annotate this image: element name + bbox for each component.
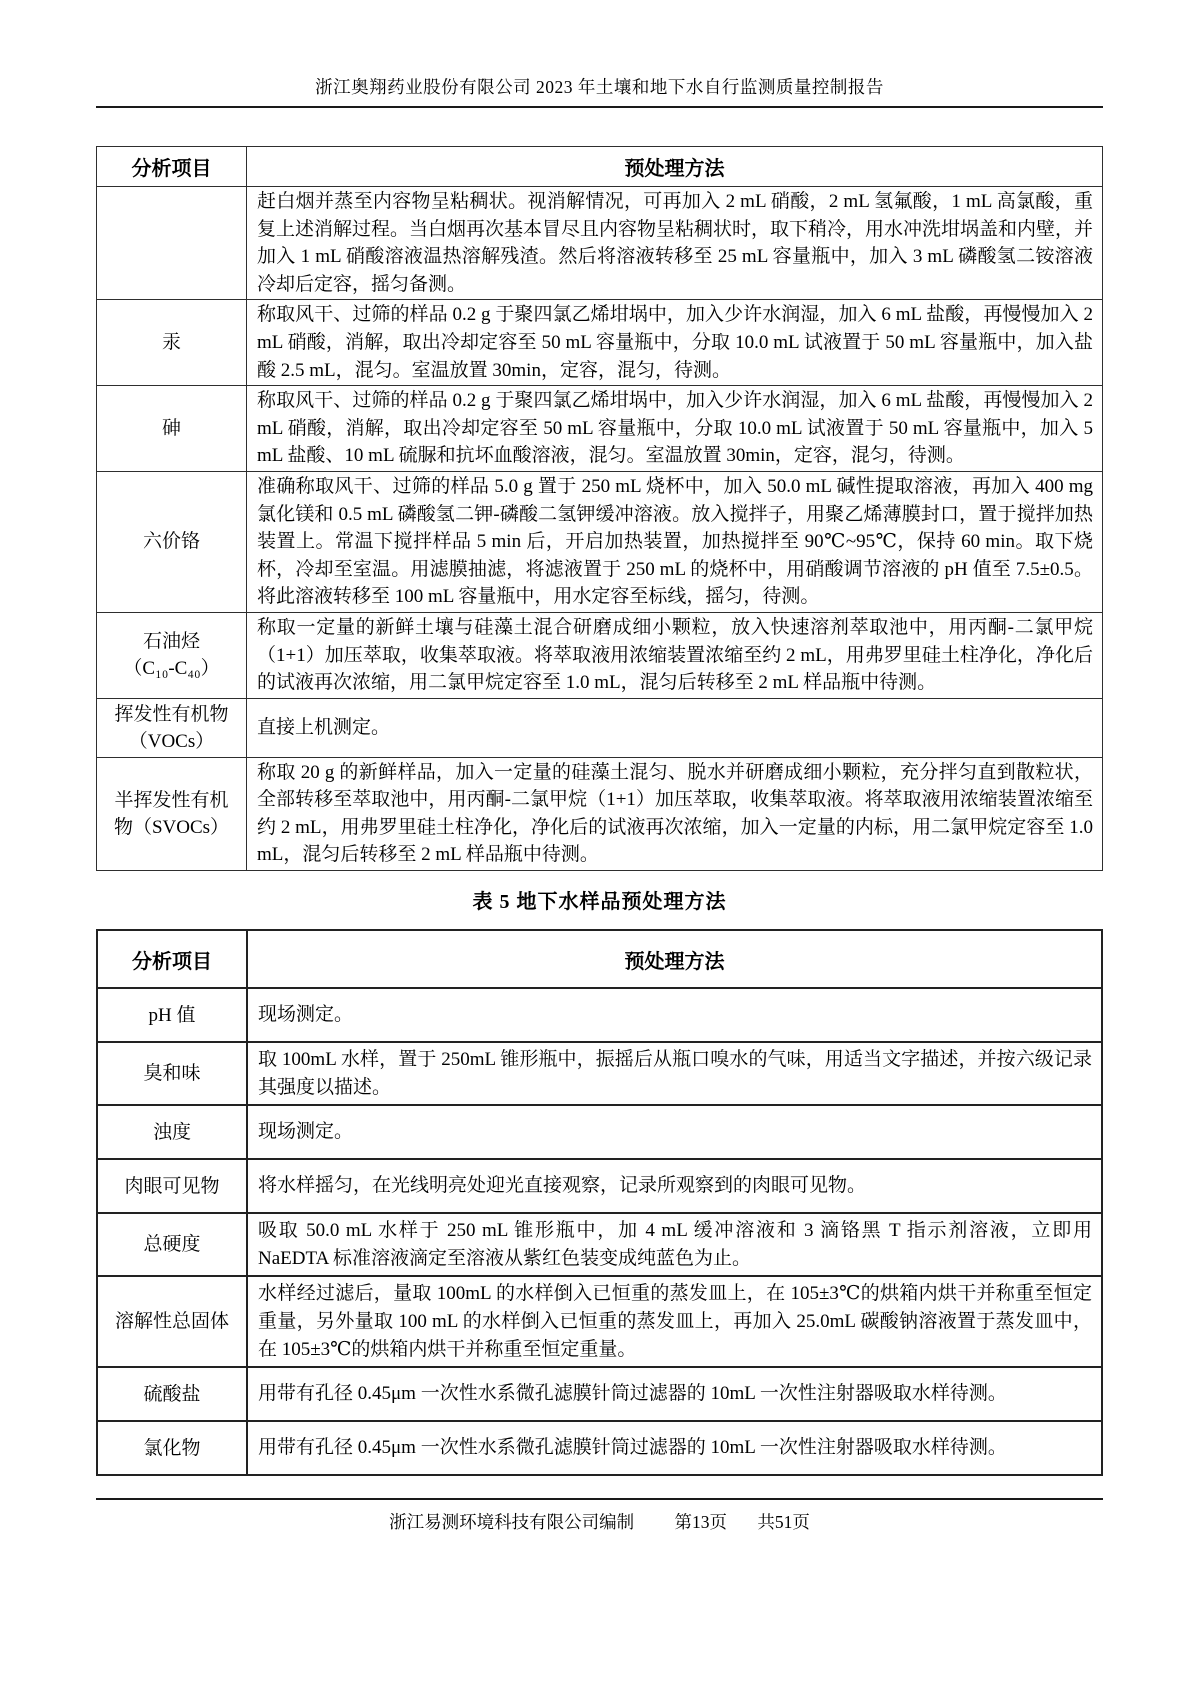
analysis-item-cell: 六价铬: [97, 471, 247, 612]
analysis-item-cell: 浊度: [97, 1105, 247, 1159]
analysis-item-cell: 肉眼可见物: [97, 1159, 247, 1213]
table-row: 臭和味取 100mL 水样，置于 250mL 锥形瓶中，振摇后从瓶口嗅水的气味，…: [97, 1042, 1102, 1105]
report-page: 浙江奥翔药业股份有限公司 2023 年土壤和地下水自行监测质量控制报告 分析项目…: [0, 0, 1199, 1696]
table-row: 氯化物用带有孔径 0.45μm 一次性水系微孔滤膜针筒过滤器的 10mL 一次性…: [97, 1421, 1102, 1475]
footer-publisher: 浙江易测环境科技有限公司编制: [389, 1512, 634, 1532]
method-cell: 吸取 50.0 mL 水样于 250 mL 锥形瓶中，加 4 mL 缓冲溶液和 …: [247, 1213, 1102, 1276]
footer-total-pages: 共51页: [757, 1512, 810, 1532]
analysis-item-cell: 溶解性总固体: [97, 1276, 247, 1367]
method-cell: 直接上机测定。: [247, 698, 1103, 757]
groundwater-table-title: 表 5 地下水样品预处理方法: [96, 885, 1103, 914]
method-cell: 用带有孔径 0.45μm 一次性水系微孔滤膜针筒过滤器的 10mL 一次性注射器…: [247, 1421, 1102, 1475]
analysis-item-cell: 总硬度: [97, 1213, 247, 1276]
table-row: 砷称取风干、过筛的样品 0.2 g 于聚四氯乙烯坩埚中，加入少许水润湿，加入 6…: [97, 386, 1103, 472]
analysis-item-cell: 臭和味: [97, 1042, 247, 1105]
method-cell: 称取风干、过筛的样品 0.2 g 于聚四氯乙烯坩埚中，加入少许水润湿，加入 6 …: [247, 386, 1103, 472]
table-row: 硫酸盐用带有孔径 0.45μm 一次性水系微孔滤膜针筒过滤器的 10mL 一次性…: [97, 1367, 1102, 1421]
method-cell: 称取一定量的新鲜土壤与硅藻土混合研磨成细小颗粒，放入快速溶剂萃取池中，用丙酮-二…: [247, 612, 1103, 698]
method-cell: 准确称取风干、过筛的样品 5.0 g 置于 250 mL 烧杯中，加入 50.0…: [247, 471, 1103, 612]
analysis-item-cell: 氯化物: [97, 1421, 247, 1475]
method-cell: 现场测定。: [247, 988, 1102, 1042]
method-cell: 称取风干、过筛的样品 0.2 g 于聚四氯乙烯坩埚中，加入少许水润湿，加入 6 …: [247, 300, 1103, 386]
table-row: 挥发性有机物 （VOCs）直接上机测定。: [97, 698, 1103, 757]
table-row: 汞称取风干、过筛的样品 0.2 g 于聚四氯乙烯坩埚中，加入少许水润湿，加入 6…: [97, 300, 1103, 386]
analysis-item-cell: 半挥发性有机 物（SVOCs）: [97, 757, 247, 870]
analysis-item-cell: [97, 187, 247, 300]
column-header-analysis-item: 分析项目: [97, 147, 247, 187]
groundwater-table-header-row: 分析项目 预处理方法: [97, 930, 1102, 988]
analysis-item-cell: 挥发性有机物 （VOCs）: [97, 698, 247, 757]
soil-table-header-row: 分析项目 预处理方法: [97, 147, 1103, 187]
analysis-item-cell: 硫酸盐: [97, 1367, 247, 1421]
analysis-item-cell: 砷: [97, 386, 247, 472]
table-row: 六价铬准确称取风干、过筛的样品 5.0 g 置于 250 mL 烧杯中，加入 5…: [97, 471, 1103, 612]
method-cell: 现场测定。: [247, 1105, 1102, 1159]
footer-page-number: 第13页: [675, 1512, 728, 1532]
table-row: pH 值现场测定。: [97, 988, 1102, 1042]
groundwater-pretreatment-table: 分析项目 预处理方法 pH 值现场测定。臭和味取 100mL 水样，置于 250…: [96, 929, 1103, 1476]
document-footer: 浙江易测环境科技有限公司编制 第13页 共51页: [96, 1498, 1103, 1534]
table-row: 半挥发性有机 物（SVOCs）称取 20 g 的新鲜样品，加入一定量的硅藻土混匀…: [97, 757, 1103, 870]
table-row: 石油烃 （C₁₀-C₄₀）称取一定量的新鲜土壤与硅藻土混合研磨成细小颗粒，放入快…: [97, 612, 1103, 698]
column-header-method: 预处理方法: [247, 147, 1103, 187]
table-row: 赶白烟并蒸至内容物呈粘稠状。视消解情况，可再加入 2 mL 硝酸，2 mL 氢氟…: [97, 187, 1103, 300]
method-cell: 取 100mL 水样，置于 250mL 锥形瓶中，振摇后从瓶口嗅水的气味，用适当…: [247, 1042, 1102, 1105]
analysis-item-cell: 汞: [97, 300, 247, 386]
table-row: 溶解性总固体水样经过滤后，量取 100mL 的水样倒入已恒重的蒸发皿上，在 10…: [97, 1276, 1102, 1367]
table-row: 浊度现场测定。: [97, 1105, 1102, 1159]
analysis-item-cell: 石油烃 （C₁₀-C₄₀）: [97, 612, 247, 698]
method-cell: 称取 20 g 的新鲜样品，加入一定量的硅藻土混匀、脱水并研磨成细小颗粒，充分拌…: [247, 757, 1103, 870]
method-cell: 水样经过滤后，量取 100mL 的水样倒入已恒重的蒸发皿上，在 105±3℃的烘…: [247, 1276, 1102, 1367]
method-cell: 赶白烟并蒸至内容物呈粘稠状。视消解情况，可再加入 2 mL 硝酸，2 mL 氢氟…: [247, 187, 1103, 300]
analysis-item-cell: pH 值: [97, 988, 247, 1042]
table-row: 总硬度吸取 50.0 mL 水样于 250 mL 锥形瓶中，加 4 mL 缓冲溶…: [97, 1213, 1102, 1276]
method-cell: 将水样摇匀，在光线明亮处迎光直接观察，记录所观察到的肉眼可见物。: [247, 1159, 1102, 1213]
document-header-title: 浙江奥翔药业股份有限公司 2023 年土壤和地下水自行监测质量控制报告: [96, 0, 1103, 99]
soil-pretreatment-table: 分析项目 预处理方法 赶白烟并蒸至内容物呈粘稠状。视消解情况，可再加入 2 mL…: [96, 146, 1103, 871]
column-header-method: 预处理方法: [247, 930, 1102, 988]
table-row: 肉眼可见物将水样摇匀，在光线明亮处迎光直接观察，记录所观察到的肉眼可见物。: [97, 1159, 1102, 1213]
column-header-analysis-item: 分析项目: [97, 930, 247, 988]
method-cell: 用带有孔径 0.45μm 一次性水系微孔滤膜针筒过滤器的 10mL 一次性注射器…: [247, 1367, 1102, 1421]
header-divider: [96, 106, 1103, 108]
